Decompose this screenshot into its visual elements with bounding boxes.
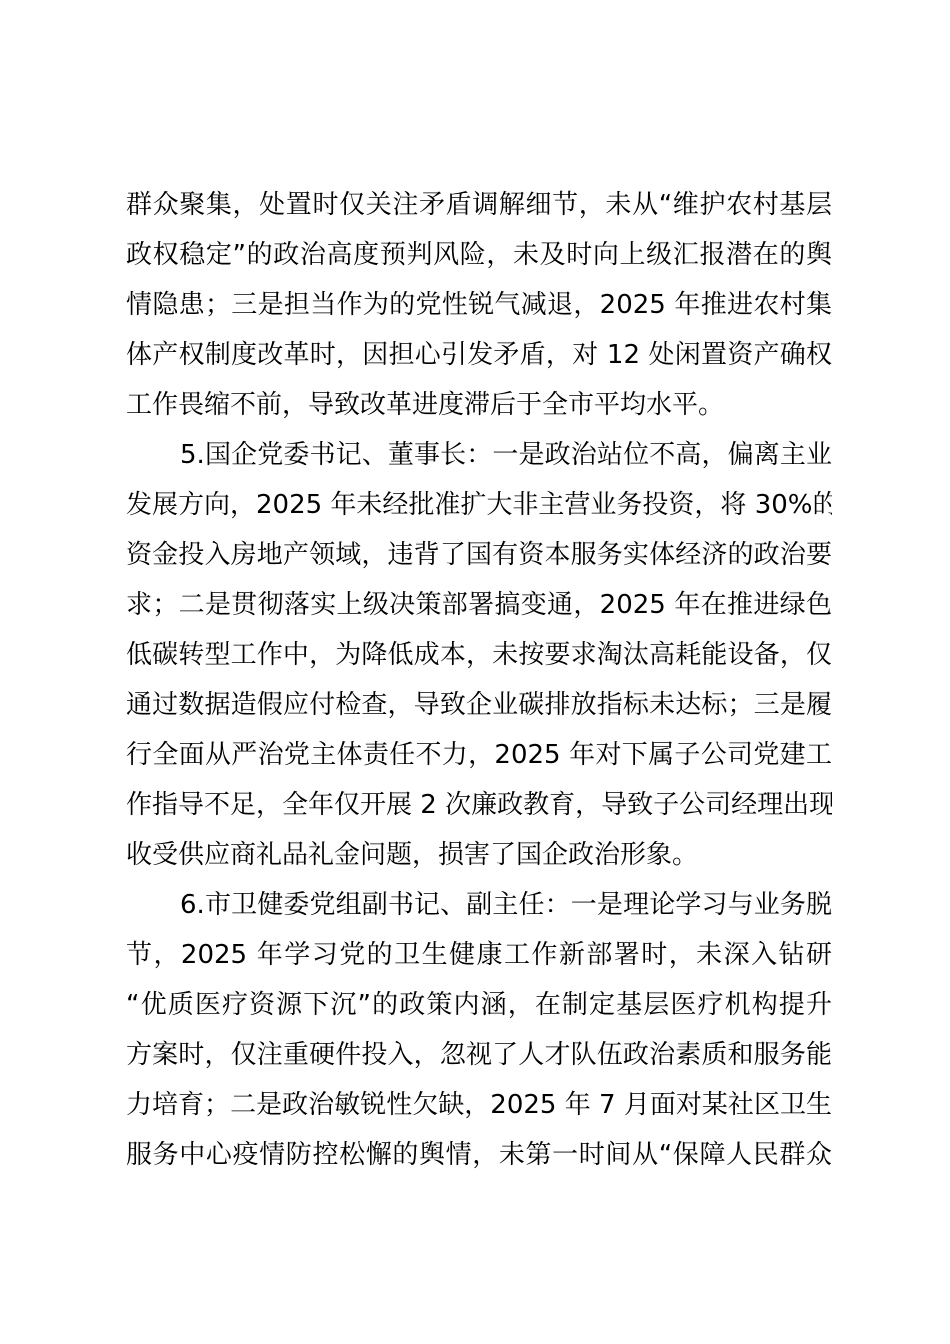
paragraph-heading-line: 5.国企党委书记、董事长：一是政治站位不高，偏离主业 — [126, 430, 832, 480]
text-line: 收受供应商礼品礼金问题，损害了国企政治形象。 — [126, 830, 832, 880]
text-line: 工作畏缩不前，导致改革进度滞后于全市平均水平。 — [126, 380, 832, 430]
text-line: 群众聚集，处置时仅关注矛盾调解细节，未从“维护农村基层 — [126, 180, 832, 230]
paragraph-heading-line: 6.市卫健委党组副书记、副主任：一是理论学习与业务脱 — [126, 880, 832, 930]
text-line: 体产权制度改革时，因担心引发矛盾，对 12 处闲置资产确权 — [126, 330, 832, 380]
text-line: 服务中心疫情防控松懈的舆情，未第一时间从“保障人民群众 — [126, 1130, 832, 1180]
document-page: 群众聚集，处置时仅关注矛盾调解细节，未从“维护农村基层 政权稳定”的政治高度预判… — [126, 180, 832, 1180]
text-line: “优质医疗资源下沉”的政策内涵，在制定基层医疗机构提升 — [126, 980, 832, 1030]
text-line: 政权稳定”的政治高度预判风险，未及时向上级汇报潜在的舆 — [126, 230, 832, 280]
text-line: 节，2025 年学习党的卫生健康工作新部署时，未深入钻研 — [126, 930, 832, 980]
paragraph-item-5: 5.国企党委书记、董事长：一是政治站位不高，偏离主业 发展方向，2025 年未经… — [126, 430, 832, 880]
text-line: 通过数据造假应付检查，导致企业碳排放指标未达标；三是履 — [126, 680, 832, 730]
text-line: 力培育；二是政治敏锐性欠缺，2025 年 7 月面对某社区卫生 — [126, 1080, 832, 1130]
paragraph-continuation: 群众聚集，处置时仅关注矛盾调解细节，未从“维护农村基层 政权稳定”的政治高度预判… — [126, 180, 832, 430]
text-line: 求；二是贯彻落实上级决策部署搞变通，2025 年在推进绿色 — [126, 580, 832, 630]
paragraph-item-6: 6.市卫健委党组副书记、副主任：一是理论学习与业务脱 节，2025 年学习党的卫… — [126, 880, 832, 1180]
text-line: 低碳转型工作中，为降低成本，未按要求淘汰高耗能设备，仅 — [126, 630, 832, 680]
text-line: 发展方向，2025 年未经批准扩大非主营业务投资，将 30%的 — [126, 480, 832, 530]
text-line: 方案时，仅注重硬件投入，忽视了人才队伍政治素质和服务能 — [126, 1030, 832, 1080]
text-line: 情隐患；三是担当作为的党性锐气减退，2025 年推进农村集 — [126, 280, 832, 330]
text-line: 资金投入房地产领域，违背了国有资本服务实体经济的政治要 — [126, 530, 832, 580]
text-line: 作指导不足，全年仅开展 2 次廉政教育，导致子公司经理出现 — [126, 780, 832, 830]
text-line: 行全面从严治党主体责任不力，2025 年对下属子公司党建工 — [126, 730, 832, 780]
